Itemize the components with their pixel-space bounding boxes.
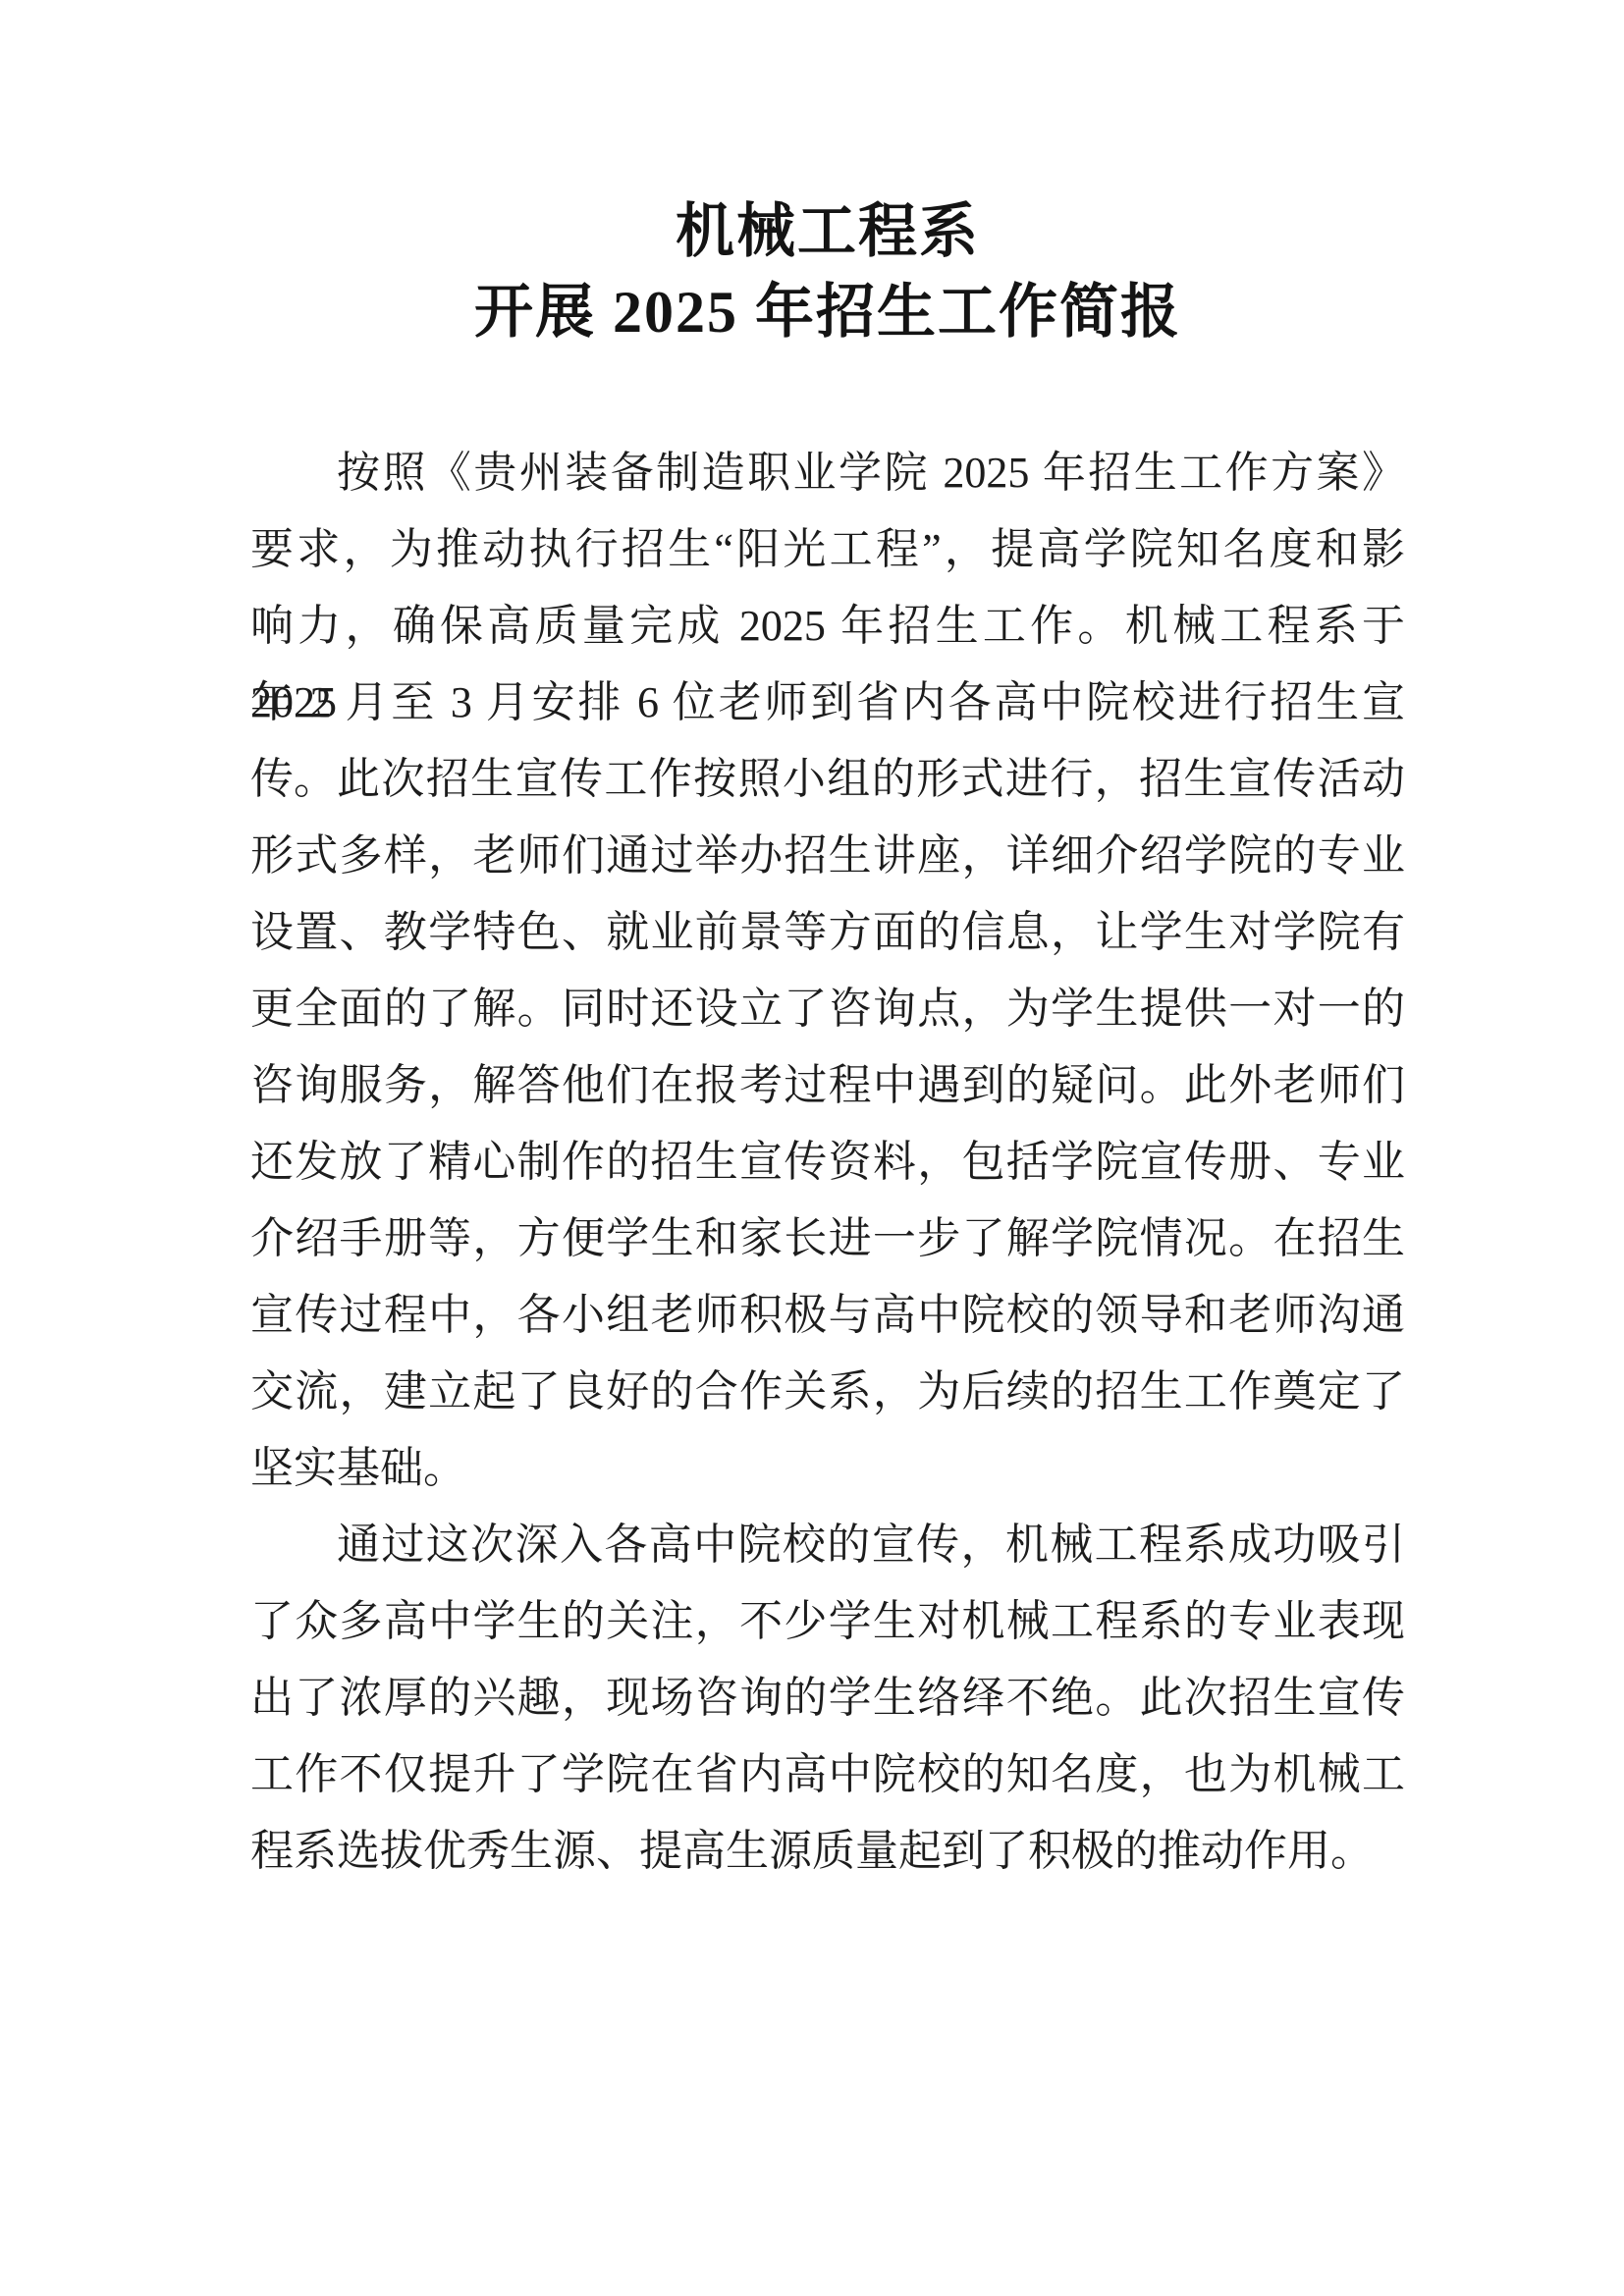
body-line: 咨询服务，解答他们在报考过程中遇到的疑问。此外老师们	[250, 1047, 1405, 1124]
paragraph-results: 通过这次深入各高中院校的宣传，机械工程系成功吸引 了众多高中学生的关注，不少学生…	[250, 1507, 1405, 1890]
body-line: 要求，为推动执行招生“阳光工程”，提高学院知名度和影	[250, 511, 1405, 588]
body-line: 通过这次深入各高中院校的宣传，机械工程系成功吸引	[250, 1507, 1405, 1583]
body-line: 宣传过程中，各小组老师积极与高中院校的领导和老师沟通	[250, 1277, 1405, 1354]
document-title: 机械工程系 开展 2025 年招生工作简报	[250, 191, 1405, 352]
title-line-department: 机械工程系	[250, 191, 1405, 272]
body-line: 了众多高中学生的关注，不少学生对机械工程系的专业表现	[250, 1583, 1405, 1660]
title-line-subject: 开展 2025 年招生工作简报	[250, 272, 1405, 352]
paragraph-intro: 按照《贵州装备制造职业学院 2025 年招生工作方案》 要求，为推动执行招生“阳…	[250, 435, 1405, 741]
body-line: 此次招生宣传工作按照小组的形式进行，招生宣传活动	[250, 741, 1405, 818]
document-page: 机械工程系 开展 2025 年招生工作简报 按照《贵州装备制造职业学院 2025…	[0, 0, 1624, 2296]
body-line: 按照《贵州装备制造职业学院 2025 年招生工作方案》	[250, 435, 1405, 511]
body-line: 年 2 月至 3 月安排 6 位老师到省内各高中院校进行招生宣传。	[250, 665, 1405, 741]
document-body: 按照《贵州装备制造职业学院 2025 年招生工作方案》 要求，为推动执行招生“阳…	[250, 435, 1405, 1890]
body-line: 还发放了精心制作的招生宣传资料，包括学院宣传册、专业	[250, 1124, 1405, 1201]
body-line: 程系选拔优秀生源、提高生源质量起到了积极的推动作用。	[250, 1813, 1405, 1890]
body-line: 介绍手册等，方便学生和家长进一步了解学院情况。在招生	[250, 1201, 1405, 1277]
briefing-document: 机械工程系 开展 2025 年招生工作简报 按照《贵州装备制造职业学院 2025…	[250, 191, 1405, 1890]
body-line: 设置、教学特色、就业前景等方面的信息，让学生对学院有	[250, 894, 1405, 971]
paragraph-activities: 此次招生宣传工作按照小组的形式进行，招生宣传活动 形式多样，老师们通过举办招生讲…	[250, 741, 1405, 1507]
body-line: 工作不仅提升了学院在省内高中院校的知名度，也为机械工	[250, 1736, 1405, 1813]
body-line: 响力，确保高质量完成 2025 年招生工作。机械工程系于 2025	[250, 588, 1405, 665]
body-line: 坚实基础。	[250, 1430, 1405, 1507]
body-line: 更全面的了解。同时还设立了咨询点，为学生提供一对一的	[250, 971, 1405, 1047]
body-line: 出了浓厚的兴趣，现场咨询的学生络绎不绝。此次招生宣传	[250, 1660, 1405, 1736]
body-line: 交流，建立起了良好的合作关系，为后续的招生工作奠定了	[250, 1354, 1405, 1430]
body-line: 形式多样，老师们通过举办招生讲座，详细介绍学院的专业	[250, 818, 1405, 894]
